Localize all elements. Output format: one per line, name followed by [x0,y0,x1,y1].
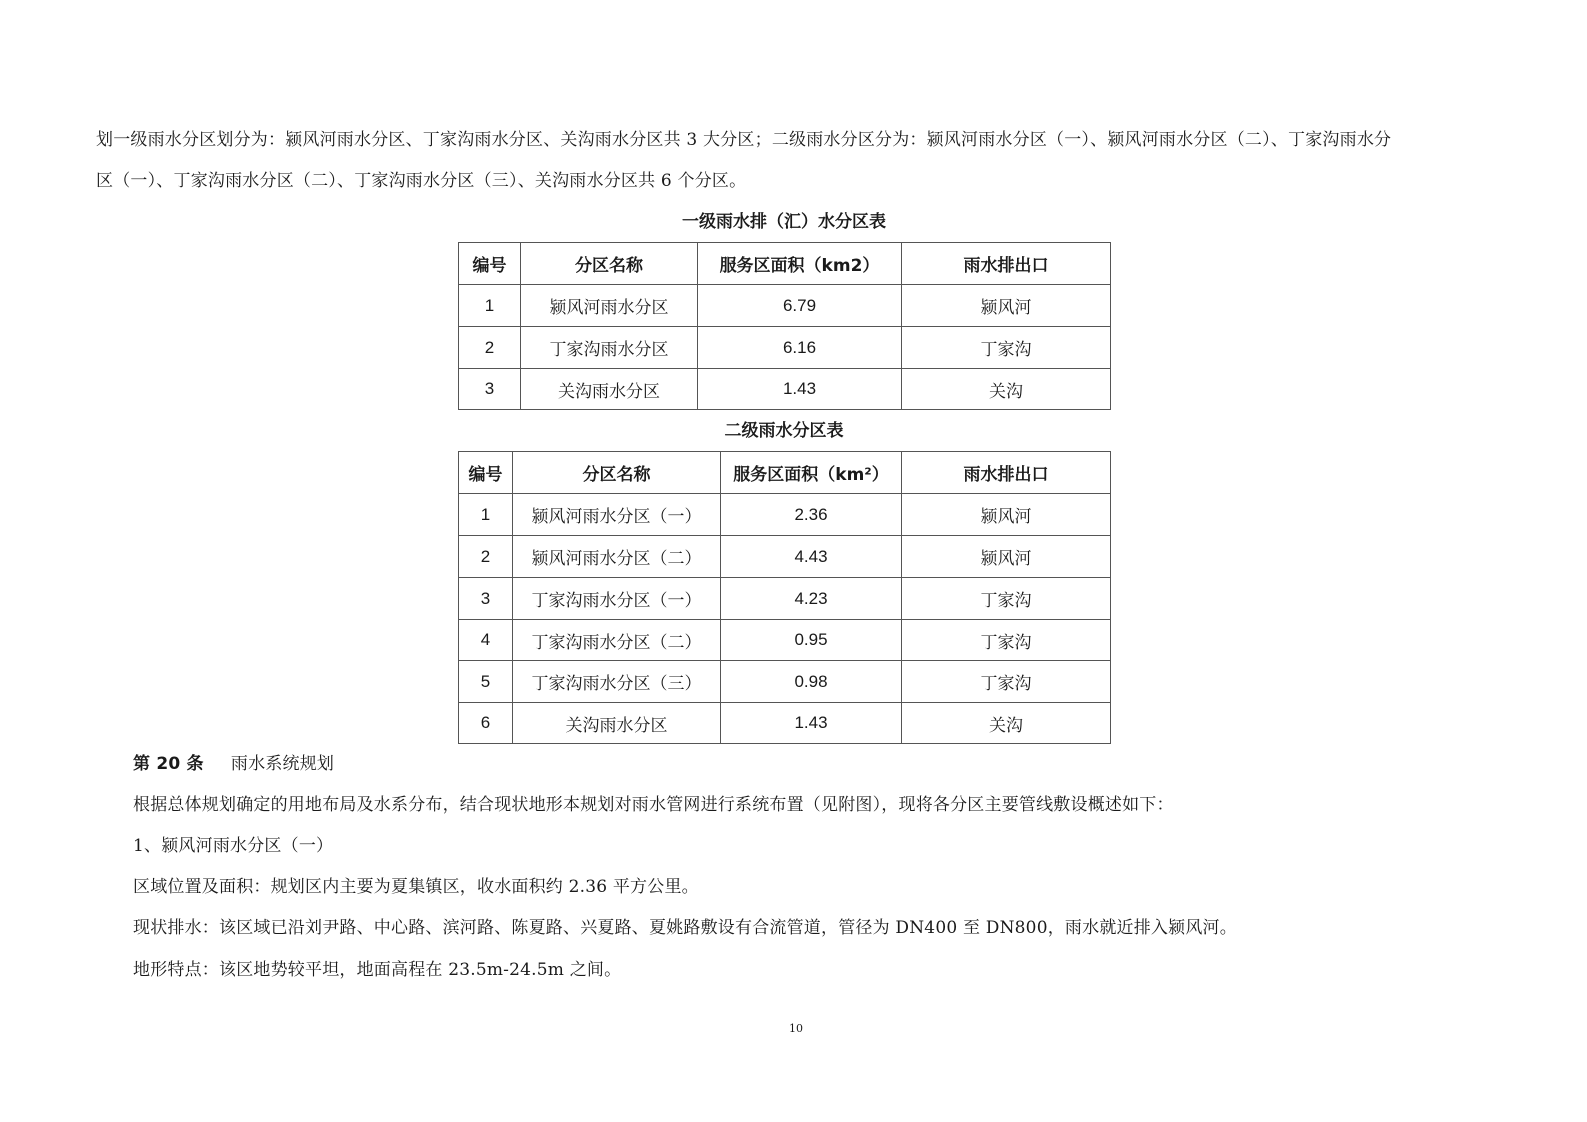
article-title: 雨水系统规划 [231,754,334,774]
table-row: 3 关沟雨水分区 1.43 关沟 [459,369,1111,410]
cell-outlet: 颍风河 [902,494,1111,536]
cell-outlet: 丁家沟 [902,578,1111,620]
cell-zone-name: 丁家沟雨水分区（三） [513,661,721,703]
cell-id: 6 [459,703,513,744]
document-page: 划一级雨水分区划分为：颍风河雨水分区、丁家沟雨水分区、关沟雨水分区共 3 大分区… [0,0,1587,1122]
cell-area: 4.43 [721,536,902,578]
cell-outlet: 颍风河 [902,285,1111,327]
table-row: 6 关沟雨水分区 1.43 关沟 [459,703,1111,744]
cell-area: 0.98 [721,661,902,703]
header-area: 服务区面积（km²） [721,452,902,494]
intro-paragraph-line-1: 划一级雨水分区划分为：颍风河雨水分区、丁家沟雨水分区、关沟雨水分区共 3 大分区… [96,128,1391,152]
table-row: 3 丁家沟雨水分区（一） 4.23 丁家沟 [459,578,1111,620]
table-row: 2 丁家沟雨水分区 6.16 丁家沟 [459,327,1111,369]
table-row: 4 丁家沟雨水分区（二） 0.95 丁家沟 [459,620,1111,661]
cell-area: 1.43 [721,703,902,744]
cell-zone-name: 丁家沟雨水分区 [521,327,698,369]
cell-id: 3 [459,578,513,620]
cell-outlet: 丁家沟 [902,327,1111,369]
header-outlet: 雨水排出口 [902,452,1111,494]
cell-outlet: 丁家沟 [902,620,1111,661]
table-header-row: 编号 分区名称 服务区面积（km2） 雨水排出口 [459,243,1111,285]
article-number: 第 20 条 [133,754,204,774]
cell-zone-name: 关沟雨水分区 [513,703,721,744]
cell-zone-name: 丁家沟雨水分区（一） [513,578,721,620]
cell-area: 6.16 [698,327,902,369]
cell-id: 1 [459,494,513,536]
table1-caption: 一级雨水排（汇）水分区表 [458,210,1110,234]
cell-area: 4.23 [721,578,902,620]
terrain-paragraph: 地形特点：该区地势较平坦，地面高程在 23.5m-24.5m 之间。 [133,958,621,982]
table-row: 1 颍风河雨水分区 6.79 颍风河 [459,285,1111,327]
table-row: 5 丁家沟雨水分区（三） 0.98 丁家沟 [459,661,1111,703]
cell-outlet: 关沟 [902,369,1111,410]
cell-id: 5 [459,661,513,703]
page-number: 10 [776,1022,816,1035]
table2-caption: 二级雨水分区表 [458,419,1110,443]
header-area: 服务区面积（km2） [698,243,902,285]
header-id: 编号 [459,243,521,285]
cell-id: 2 [459,327,521,369]
header-zone-name: 分区名称 [513,452,721,494]
primary-rain-zone-table: 编号 分区名称 服务区面积（km2） 雨水排出口 1 颍风河雨水分区 6.79 … [458,242,1111,410]
cell-zone-name: 颍风河雨水分区（一） [513,494,721,536]
header-outlet: 雨水排出口 [902,243,1111,285]
cell-zone-name: 颍风河雨水分区（二） [513,536,721,578]
secondary-rain-zone-table: 编号 分区名称 服务区面积（km²） 雨水排出口 1 颍风河雨水分区（一） 2.… [458,451,1111,744]
cell-id: 4 [459,620,513,661]
area-paragraph: 区域位置及面积：规划区内主要为夏集镇区，收水面积约 2.36 平方公里。 [133,875,699,899]
table-row: 1 颍风河雨水分区（一） 2.36 颍风河 [459,494,1111,536]
cell-outlet: 丁家沟 [902,661,1111,703]
drainage-paragraph: 现状排水：该区域已沿刘尹路、中心路、滨河路、陈夏路、兴夏路、夏姚路敷设有合流管道… [133,916,1237,940]
cell-id: 1 [459,285,521,327]
article-intro-paragraph: 根据总体规划确定的用地布局及水系分布，结合现状地形本规划对雨水管网进行系统布置（… [133,793,1174,817]
cell-zone-name: 颍风河雨水分区 [521,285,698,327]
cell-area: 6.79 [698,285,902,327]
cell-zone-name: 丁家沟雨水分区（二） [513,620,721,661]
cell-zone-name: 关沟雨水分区 [521,369,698,410]
table-row: 2 颍风河雨水分区（二） 4.43 颍风河 [459,536,1111,578]
intro-paragraph-line-2: 区（一）、丁家沟雨水分区（二）、丁家沟雨水分区（三）、关沟雨水分区共 6 个分区… [96,169,746,193]
table-header-row: 编号 分区名称 服务区面积（km²） 雨水排出口 [459,452,1111,494]
subsection-heading: 1、颍风河雨水分区（一） [133,834,333,858]
cell-id: 2 [459,536,513,578]
article-heading: 第 20 条 雨水系统规划 [133,752,334,776]
cell-area: 1.43 [698,369,902,410]
cell-id: 3 [459,369,521,410]
cell-area: 0.95 [721,620,902,661]
header-id: 编号 [459,452,513,494]
header-zone-name: 分区名称 [521,243,698,285]
cell-outlet: 颍风河 [902,536,1111,578]
cell-area: 2.36 [721,494,902,536]
cell-outlet: 关沟 [902,703,1111,744]
